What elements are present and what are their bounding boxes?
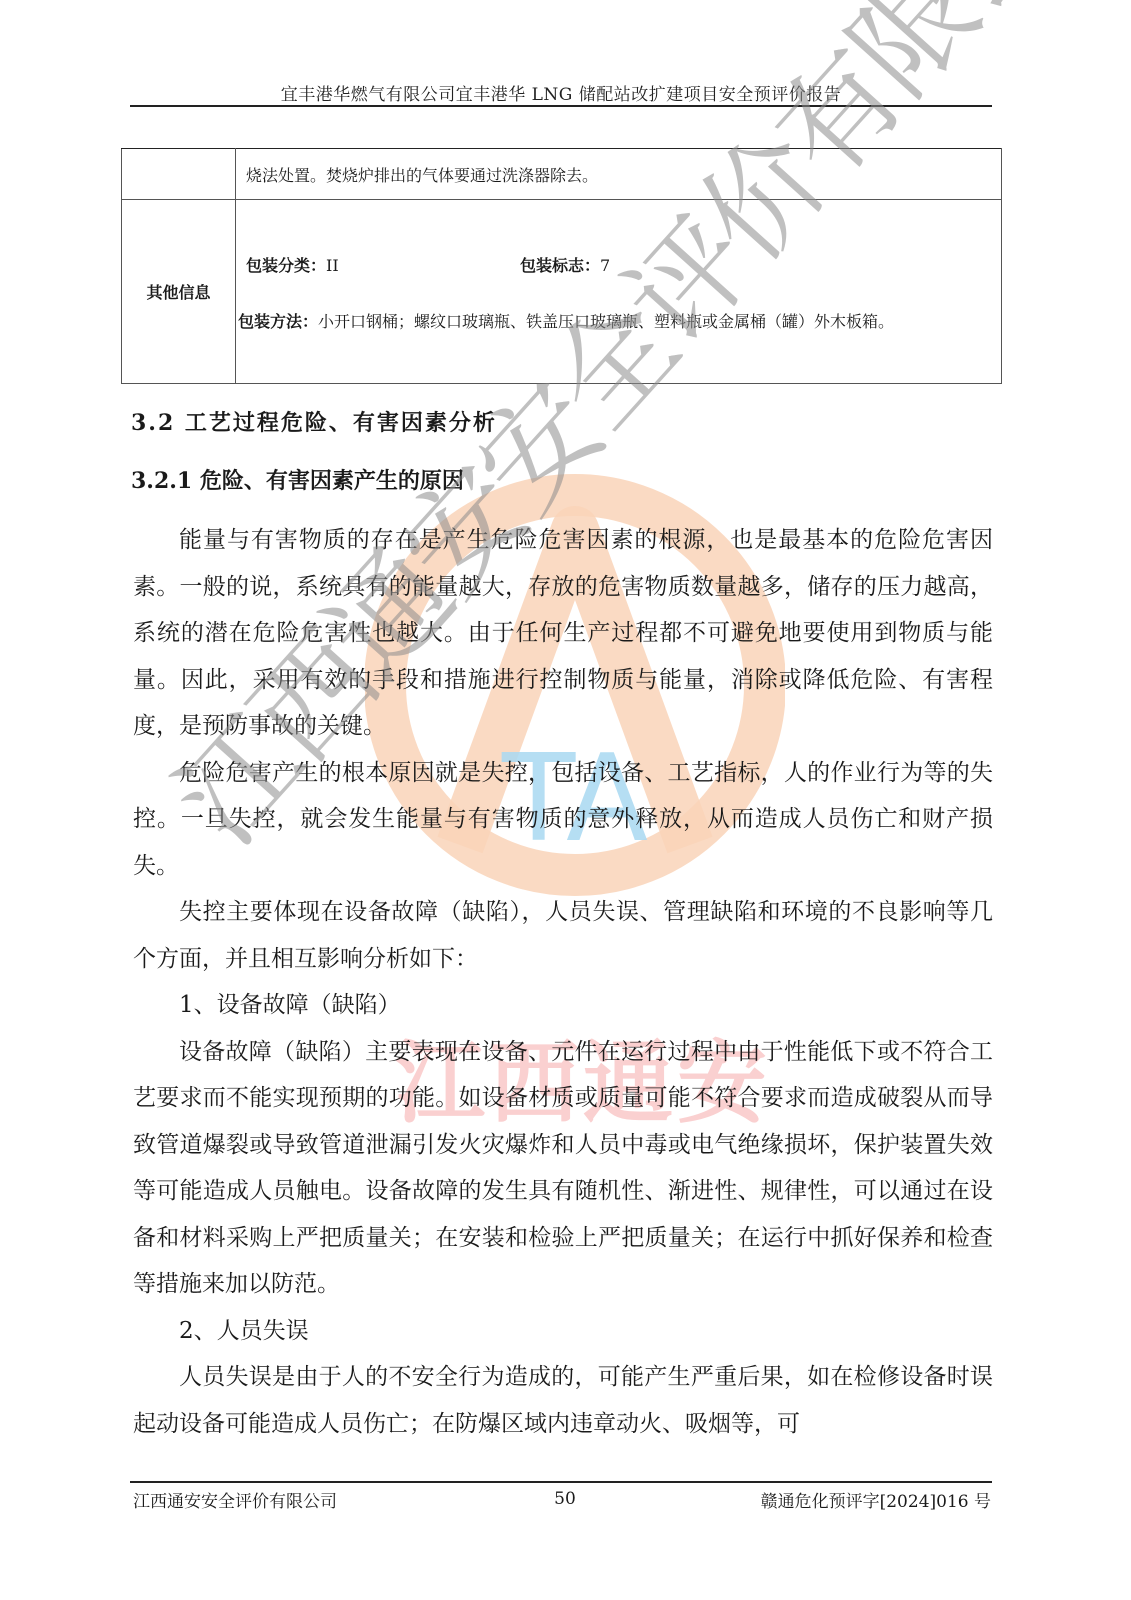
other-info-label: 其他信息 xyxy=(122,200,236,384)
paragraph: 能量与有害物质的存在是产生危险危害因素的根源，也是最基本的危险危害因素。一般的说… xyxy=(133,517,993,750)
header-divider xyxy=(130,105,992,107)
other-info-cell: 包装分类：II 包装标志：7 包装方法：小开口钢桶；螺纹口玻璃瓶、铁盖压口玻璃瓶… xyxy=(236,200,1002,384)
table-row: 烧法处置。焚烧炉排出的气体要通过洗涤器除去。 xyxy=(122,149,1002,200)
subsection-heading: 3.2.1 危险、有害因素产生的原因 xyxy=(131,464,464,495)
chemical-info-table: 烧法处置。焚烧炉排出的气体要通过洗涤器除去。 其他信息 包装分类：II 包装标志… xyxy=(121,148,1002,384)
footer-company: 江西通安安全评价有限公司 xyxy=(133,1487,337,1512)
paragraph: 人员失误是由于人的不安全行为造成的，可能产生严重后果，如在检修设备时误起动设备可… xyxy=(133,1354,993,1447)
paragraph: 设备故障（缺陷）主要表现在设备、元件在运行过程中由于性能低下或不符合工艺要求而不… xyxy=(133,1029,993,1308)
paragraph: 失控主要体现在设备故障（缺陷），人员失误、管理缺陷和环境的不良影响等几个方面，并… xyxy=(133,889,993,982)
packing-line: 包装分类：II 包装标志：7 xyxy=(236,239,1001,285)
list-heading-human-error: 2、人员失误 xyxy=(133,1308,993,1355)
table-row: 其他信息 包装分类：II 包装标志：7 包装方法：小开口钢桶；螺纹口玻璃瓶、铁盖… xyxy=(122,200,1002,384)
page-number: 50 xyxy=(540,1489,590,1509)
packing-method: 包装方法：小开口钢桶；螺纹口玻璃瓶、铁盖压口玻璃瓶、塑料瓶或金属桶（罐）外木板箱… xyxy=(236,285,1001,345)
list-heading-equipment-failure: 1、设备故障（缺陷） xyxy=(133,982,993,1029)
packing-mark: 包装标志：7 xyxy=(520,253,794,285)
document-number: 赣通危化预评字[2024]016 号 xyxy=(761,1487,991,1512)
table-row-label xyxy=(122,149,236,200)
paragraph: 危险危害产生的根本原因就是失控，包括设备、工艺指标，人的作业行为等的失控。一旦失… xyxy=(133,750,993,890)
page-header-title: 宜丰港华燃气有限公司宜丰港华 LNG 储配站改扩建项目安全预评价报告 xyxy=(130,80,992,105)
body-text: 能量与有害物质的存在是产生危险危害因素的根源，也是最基本的危险危害因素。一般的说… xyxy=(133,517,993,1447)
section-heading: 3.2 工艺过程危险、有害因素分析 xyxy=(131,406,497,437)
disposal-text: 烧法处置。焚烧炉排出的气体要通过洗涤器除去。 xyxy=(236,149,1002,200)
packing-class: 包装分类：II xyxy=(246,253,520,285)
footer-divider xyxy=(130,1481,992,1483)
